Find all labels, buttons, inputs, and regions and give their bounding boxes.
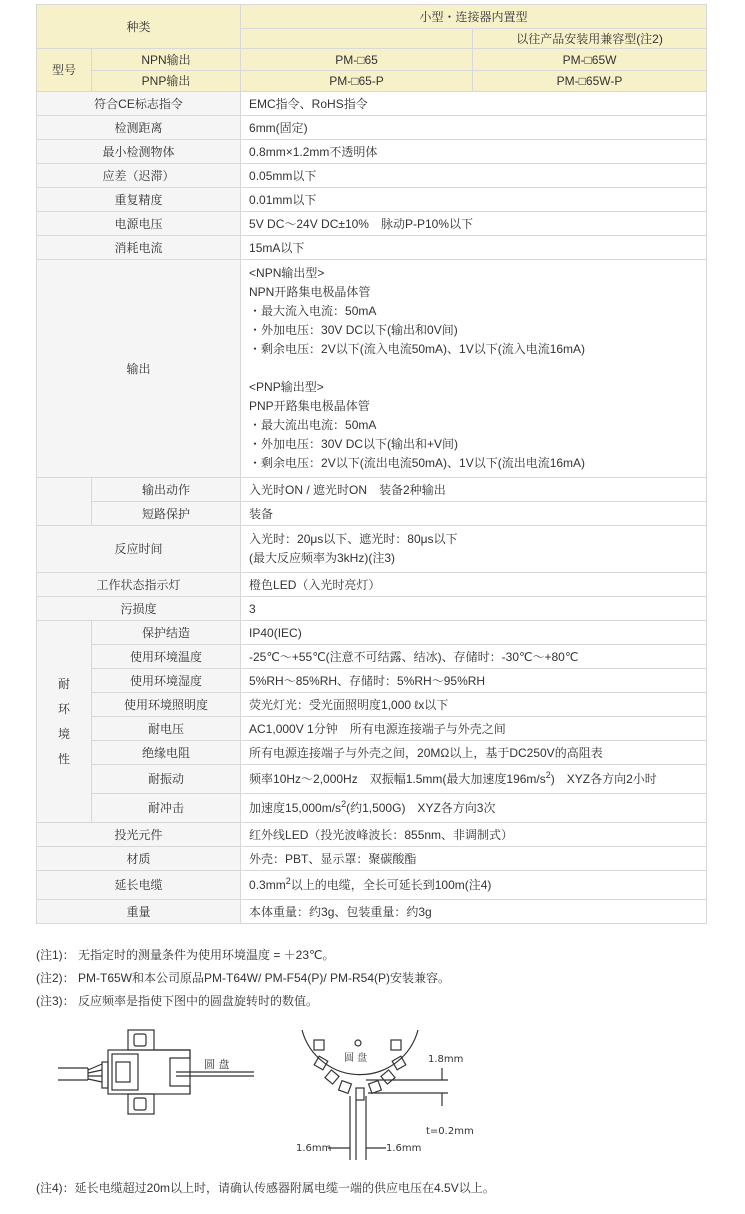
output-line: <NPN输出型> bbox=[249, 264, 698, 283]
output-line bbox=[249, 359, 698, 378]
note-2: (注2)： PM-T65W和本公司原品PM-T64W/ PM-F54(P)/ P… bbox=[36, 967, 716, 990]
output-line: ・最大流出电流：50mA bbox=[249, 416, 698, 435]
row-current: 消耗电流 15mA以下 bbox=[37, 236, 707, 260]
response-line: (最大反应频率为3kHz)(注3) bbox=[249, 549, 698, 568]
row-response: 反应时间 入光时：20μs以下、遮光时：80μs以下 (最大反应频率为3kHz)… bbox=[37, 526, 707, 573]
output-line: ・剩余电压：2V以下(流入电流50mA)、1V以下(流入电流16mA) bbox=[249, 340, 698, 359]
row-value: 0.8mm×1.2mm不透明体 bbox=[241, 140, 707, 164]
row-value: 外壳：PBT、显示罩：聚碳酸酯 bbox=[241, 847, 707, 871]
row-indicator: 工作状态指示灯 橙色LED（入光时亮灯） bbox=[37, 573, 707, 597]
spec-table: 种类 小型・连接器内置型 以往产品安装用兼容型(注2) 型号 NPN输出 PM-… bbox=[36, 4, 707, 924]
row-label: 污损度 bbox=[37, 597, 241, 621]
row-label: 消耗电流 bbox=[37, 236, 241, 260]
note-3: (注3)： 反应频率是指使下图中的圆盘旋转时的数值。 bbox=[36, 990, 716, 1013]
group-title: 小型・连接器内置型 bbox=[241, 5, 707, 29]
row-value: 入光时ON / 遮光时ON 装备2种输出 bbox=[241, 478, 707, 502]
row-min-object: 最小检测物体 0.8mm×1.2mm不透明体 bbox=[37, 140, 707, 164]
row-short-protect: 短路保护 装备 bbox=[37, 502, 707, 526]
dim-thickness: t=0.2mm bbox=[426, 1126, 474, 1137]
row-distance: 检测距离 6mm(固定) bbox=[37, 116, 707, 140]
row-value: 红外线LED（投光波峰波长：855nm、非调制式） bbox=[241, 823, 707, 847]
row-env-insulation: 绝缘电阻 所有电源连接端子与外壳之间，20MΩ以上，基于DC250V的高阻表 bbox=[37, 741, 707, 765]
row-label: 符合CE标志指令 bbox=[37, 92, 241, 116]
output-line: ・外加电压：30V DC以下(输出和0V间) bbox=[249, 321, 698, 340]
compat-title: 以往产品安装用兼容型(注2) bbox=[473, 29, 707, 49]
env-char: 境 bbox=[45, 722, 83, 747]
row-value: IP40(IEC) bbox=[241, 621, 707, 645]
output-line: ・剩余电压：2V以下(流出电流50mA)、1V以下(流出电流16mA) bbox=[249, 454, 698, 473]
row-label: 反应时间 bbox=[37, 526, 241, 573]
npn-label: NPN输出 bbox=[92, 49, 241, 71]
disk-front-view-icon bbox=[302, 1030, 448, 1160]
row-value: 橙色LED（入光时亮灯） bbox=[241, 573, 707, 597]
row-env-humidity: 使用环境湿度 5%RH～85%RH、存储时：5%RH～95%RH bbox=[37, 669, 707, 693]
row-label: 使用环境湿度 bbox=[92, 669, 241, 693]
row-material: 材质 外壳：PBT、显示罩：聚碳酸酯 bbox=[37, 847, 707, 871]
pnp-label: PNP输出 bbox=[92, 71, 241, 92]
row-label: 使用环境照明度 bbox=[92, 693, 241, 717]
output-details: <NPN输出型> NPN开路集电极晶体管 ・最大流入电流：50mA ・外加电压：… bbox=[241, 260, 707, 478]
row-label: 最小检测物体 bbox=[37, 140, 241, 164]
row-weight: 重量 本体重量：约3g、包装重量：约3g bbox=[37, 900, 707, 924]
disk-diagram: 圆 盘 圆 盘 1.8mm t=0.2mm 1.6mm 1.6mm bbox=[36, 1020, 496, 1160]
npn-model-compat: PM-□65W bbox=[473, 49, 707, 71]
row-label: 耐振动 bbox=[92, 765, 241, 794]
row-env-temperature: 使用环境温度 -25℃～+55℃(注意不可结露、结冰)、存储时：-30℃～+80… bbox=[37, 645, 707, 669]
row-env-voltage: 耐电压 AC1,000V 1分钟 所有电源连接端子与外壳之间 bbox=[37, 717, 707, 741]
row-value: 荧光灯光：受光面照明度1,000 ℓx以下 bbox=[241, 693, 707, 717]
env-char: 环 bbox=[45, 697, 83, 722]
response-line: 入光时：20μs以下、遮光时：80μs以下 bbox=[249, 530, 698, 549]
row-value: 入光时：20μs以下、遮光时：80μs以下 (最大反应频率为3kHz)(注3) bbox=[241, 526, 707, 573]
row-value: 0.05mm以下 bbox=[241, 164, 707, 188]
value-text: 0.3mm bbox=[249, 878, 286, 892]
row-label: 短路保护 bbox=[92, 502, 241, 526]
row-output-action: 输出动作 入光时ON / 遮光时ON 装备2种输出 bbox=[37, 478, 707, 502]
row-label: 使用环境温度 bbox=[92, 645, 241, 669]
value-text: (约1,500G) XYZ各方向3次 bbox=[346, 801, 495, 815]
row-value: EMC指令、RoHS指令 bbox=[241, 92, 707, 116]
row-value: 0.01mm以下 bbox=[241, 188, 707, 212]
pnp-model: PM-□65-P bbox=[241, 71, 473, 92]
model-label: 型号 bbox=[37, 49, 92, 92]
disk-label-front: 圆 盘 bbox=[344, 1051, 367, 1064]
row-label: 应差（迟滞） bbox=[37, 164, 241, 188]
row-value: 15mA以下 bbox=[241, 236, 707, 260]
disk-label-side: 圆 盘 bbox=[204, 1057, 230, 1071]
empty-header bbox=[241, 29, 473, 49]
row-label: 保护结造 bbox=[92, 621, 241, 645]
dim-left: 1.6mm bbox=[296, 1143, 331, 1154]
env-group-label: 耐 环 境 性 bbox=[37, 621, 92, 823]
value-text: 以上的电缆，全长可延长到100m(注4) bbox=[291, 878, 492, 892]
output-line: <PNP输出型> bbox=[249, 378, 698, 397]
footnotes: (注1)： 无指定时的测量条件为使用环境温度 = ＋23℃。 (注2)： PM-… bbox=[36, 944, 716, 1013]
row-value: 5V DC～24V DC±10% 脉动P-P10%以下 bbox=[241, 212, 707, 236]
note-1: (注1)： 无指定时的测量条件为使用环境温度 = ＋23℃。 bbox=[36, 944, 716, 967]
row-value: 装备 bbox=[241, 502, 707, 526]
row-value: 6mm(固定) bbox=[241, 116, 707, 140]
row-env-shock: 耐冲击 加速度15,000m/s2(约1,500G) XYZ各方向3次 bbox=[37, 794, 707, 823]
row-value: 所有电源连接端子与外壳之间，20MΩ以上，基于DC250V的高阻表 bbox=[241, 741, 707, 765]
row-label: 检测距离 bbox=[37, 116, 241, 140]
note-4: (注4)：延长电缆超过20m以上时，请确认传感器附属电缆一端的供应电压在4.5V… bbox=[36, 1178, 495, 1198]
sensor-side-view-icon bbox=[58, 1030, 254, 1114]
row-label: 工作状态指示灯 bbox=[37, 573, 241, 597]
row-label: 材质 bbox=[37, 847, 241, 871]
output-line: ・外加电压：30V DC以下(输出和+V间) bbox=[249, 435, 698, 454]
row-label: 重量 bbox=[37, 900, 241, 924]
npn-model: PM-□65 bbox=[241, 49, 473, 71]
row-env-illuminance: 使用环境照明度 荧光灯光：受光面照明度1,000 ℓx以下 bbox=[37, 693, 707, 717]
row-value: -25℃～+55℃(注意不可结露、结冰)、存储时：-30℃～+80℃ bbox=[241, 645, 707, 669]
row-value: 0.3mm2以上的电缆，全长可延长到100m(注4) bbox=[241, 871, 707, 900]
value-text: 加速度15,000m/s bbox=[249, 801, 341, 815]
row-repeat: 重复精度 0.01mm以下 bbox=[37, 188, 707, 212]
env-char: 耐 bbox=[45, 672, 83, 697]
row-ce: 符合CE标志指令 EMC指令、RoHS指令 bbox=[37, 92, 707, 116]
row-label: 输出动作 bbox=[92, 478, 241, 502]
value-text: 频率10Hz～2,000Hz 双振幅1.5mm(最大加速度196m/s bbox=[249, 772, 546, 786]
pnp-model-compat: PM-□65W-P bbox=[473, 71, 707, 92]
row-value: 频率10Hz～2,000Hz 双振幅1.5mm(最大加速度196m/s2) XY… bbox=[241, 765, 707, 794]
output-sub-group bbox=[37, 478, 92, 526]
row-env-vibration: 耐振动 频率10Hz～2,000Hz 双振幅1.5mm(最大加速度196m/s2… bbox=[37, 765, 707, 794]
row-value: AC1,000V 1分钟 所有电源连接端子与外壳之间 bbox=[241, 717, 707, 741]
row-supply: 电源电压 5V DC～24V DC±10% 脉动P-P10%以下 bbox=[37, 212, 707, 236]
output-line: PNP开路集电极晶体管 bbox=[249, 397, 698, 416]
row-pollution: 污损度 3 bbox=[37, 597, 707, 621]
row-value: 本体重量：约3g、包装重量：约3g bbox=[241, 900, 707, 924]
row-label: 投光元件 bbox=[37, 823, 241, 847]
row-hysteresis: 应差（迟滞） 0.05mm以下 bbox=[37, 164, 707, 188]
row-value: 3 bbox=[241, 597, 707, 621]
dim-right: 1.6mm bbox=[386, 1143, 421, 1154]
row-label: 电源电压 bbox=[37, 212, 241, 236]
output-line: ・最大流入电流：50mA bbox=[249, 302, 698, 321]
row-label: 绝缘电阻 bbox=[92, 741, 241, 765]
row-output: 输出 <NPN输出型> NPN开路集电极晶体管 ・最大流入电流：50mA ・外加… bbox=[37, 260, 707, 478]
row-value: 5%RH～85%RH、存储时：5%RH～95%RH bbox=[241, 669, 707, 693]
row-label: 耐冲击 bbox=[92, 794, 241, 823]
type-header: 种类 bbox=[37, 5, 241, 49]
env-char: 性 bbox=[45, 747, 83, 772]
row-label: 重复精度 bbox=[37, 188, 241, 212]
output-line: NPN开路集电极晶体管 bbox=[249, 283, 698, 302]
row-value: 加速度15,000m/s2(约1,500G) XYZ各方向3次 bbox=[241, 794, 707, 823]
dim-height: 1.8mm bbox=[428, 1054, 463, 1065]
value-text: ) XYZ各方向2小时 bbox=[551, 772, 657, 786]
row-env-protection: 耐 环 境 性 保护结造 IP40(IEC) bbox=[37, 621, 707, 645]
row-label: 耐电压 bbox=[92, 717, 241, 741]
row-label: 延长电缆 bbox=[37, 871, 241, 900]
row-cable-ext: 延长电缆 0.3mm2以上的电缆，全长可延长到100m(注4) bbox=[37, 871, 707, 900]
row-label: 输出 bbox=[37, 260, 241, 478]
row-emitter: 投光元件 红外线LED（投光波峰波长：855nm、非调制式） bbox=[37, 823, 707, 847]
